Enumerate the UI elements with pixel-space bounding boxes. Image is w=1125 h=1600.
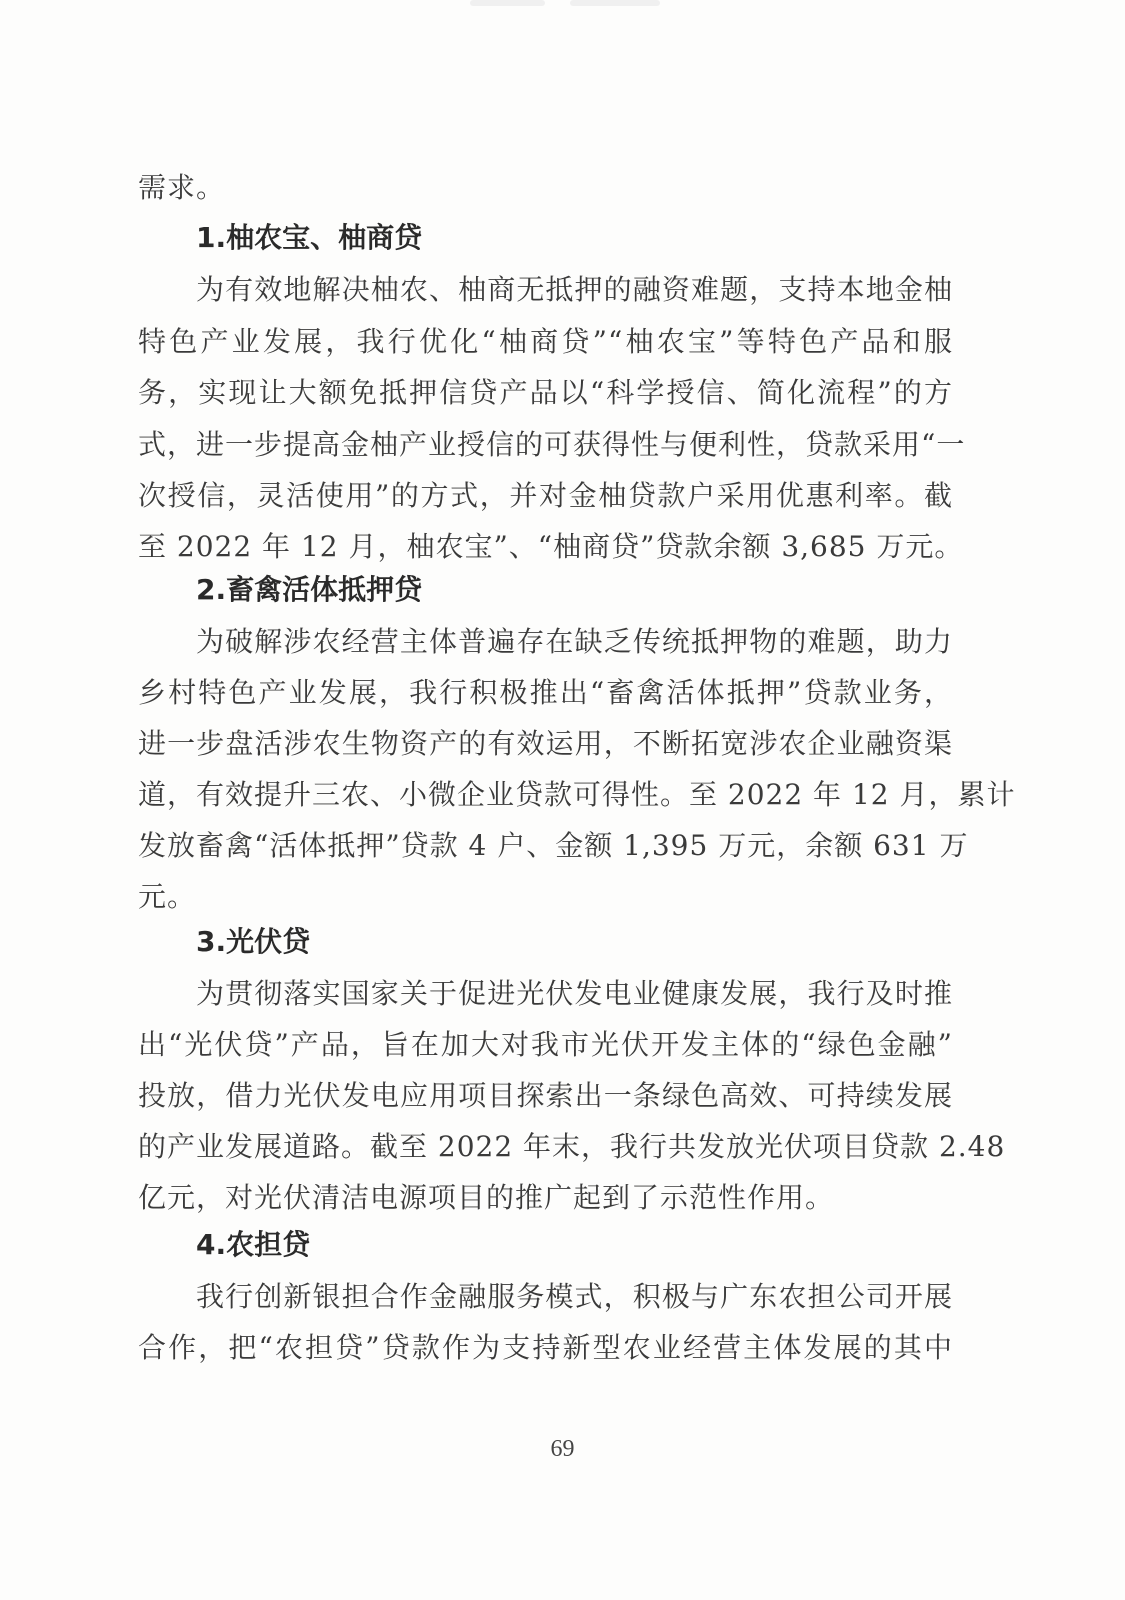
section-heading-3: 3.光伏贷	[196, 922, 310, 962]
page-number: 69	[0, 1436, 1125, 1463]
paragraph-line: 特色产业发展，我行优化“柚商贷”“柚农宝”等特色产品和服	[138, 322, 953, 362]
section-heading-2: 2.畜禽活体抵押贷	[196, 570, 422, 610]
paragraph-line: 为贯彻落实国家关于促进光伏发电业健康发展，我行及时推	[196, 974, 953, 1014]
paragraph-line: 我行创新银担合作金融服务模式，积极与广东农担公司开展	[196, 1277, 953, 1317]
paragraph-line: 道，有效提升三农、小微企业贷款可得性。至 2022 年 12 月，累计	[138, 775, 953, 815]
section-heading-1: 1.柚农宝、柚商贷	[196, 218, 422, 258]
paragraph-line: 为破解涉农经营主体普遍存在缺乏传统抵押物的难题，助力	[196, 622, 953, 662]
paragraph-line: 为有效地解决柚农、柚商无抵押的融资难题，支持本地金柚	[196, 270, 953, 310]
document-page: 需求。 1.柚农宝、柚商贷 为有效地解决柚农、柚商无抵押的融资难题，支持本地金柚…	[0, 0, 1125, 1600]
scan-artifact	[570, 0, 660, 6]
paragraph-line: 乡村特色产业发展，我行积极推出“畜禽活体抵押”贷款业务，	[138, 673, 953, 713]
paragraph-line: 发放畜禽“活体抵押”贷款 4 户、金额 1,395 万元，余额 631 万	[138, 826, 953, 866]
scan-artifact	[470, 0, 545, 6]
paragraph-line: 出“光伏贷”产品，旨在加大对我市光伏开发主体的“绿色金融”	[138, 1025, 953, 1065]
paragraph-line: 式，进一步提高金柚产业授信的可获得性与便利性，贷款采用“一	[138, 425, 953, 465]
paragraph-line: 进一步盘活涉农生物资产的有效运用，不断拓宽涉农企业融资渠	[138, 724, 953, 764]
paragraph-line: 亿元，对光伏清洁电源项目的推广起到了示范性作用。	[138, 1178, 953, 1218]
paragraph-line: 需求。	[138, 168, 953, 208]
paragraph-line: 投放，借力光伏发电应用项目探索出一条绿色高效、可持续发展	[138, 1076, 953, 1116]
paragraph-line: 务，实现让大额免抵押信贷产品以“科学授信、简化流程”的方	[138, 373, 953, 413]
paragraph-line: 次授信，灵活使用”的方式，并对金柚贷款户采用优惠利率。截	[138, 476, 953, 516]
section-heading-4: 4.农担贷	[196, 1225, 310, 1265]
paragraph-line: 至 2022 年 12 月，柚农宝”、“柚商贷”贷款余额 3,685 万元。	[138, 527, 953, 567]
paragraph-line: 合作，把“农担贷”贷款作为支持新型农业经营主体发展的其中	[138, 1328, 953, 1368]
paragraph-line: 元。	[138, 877, 953, 917]
paragraph-line: 的产业发展道路。截至 2022 年末，我行共发放光伏项目贷款 2.48	[138, 1127, 953, 1167]
